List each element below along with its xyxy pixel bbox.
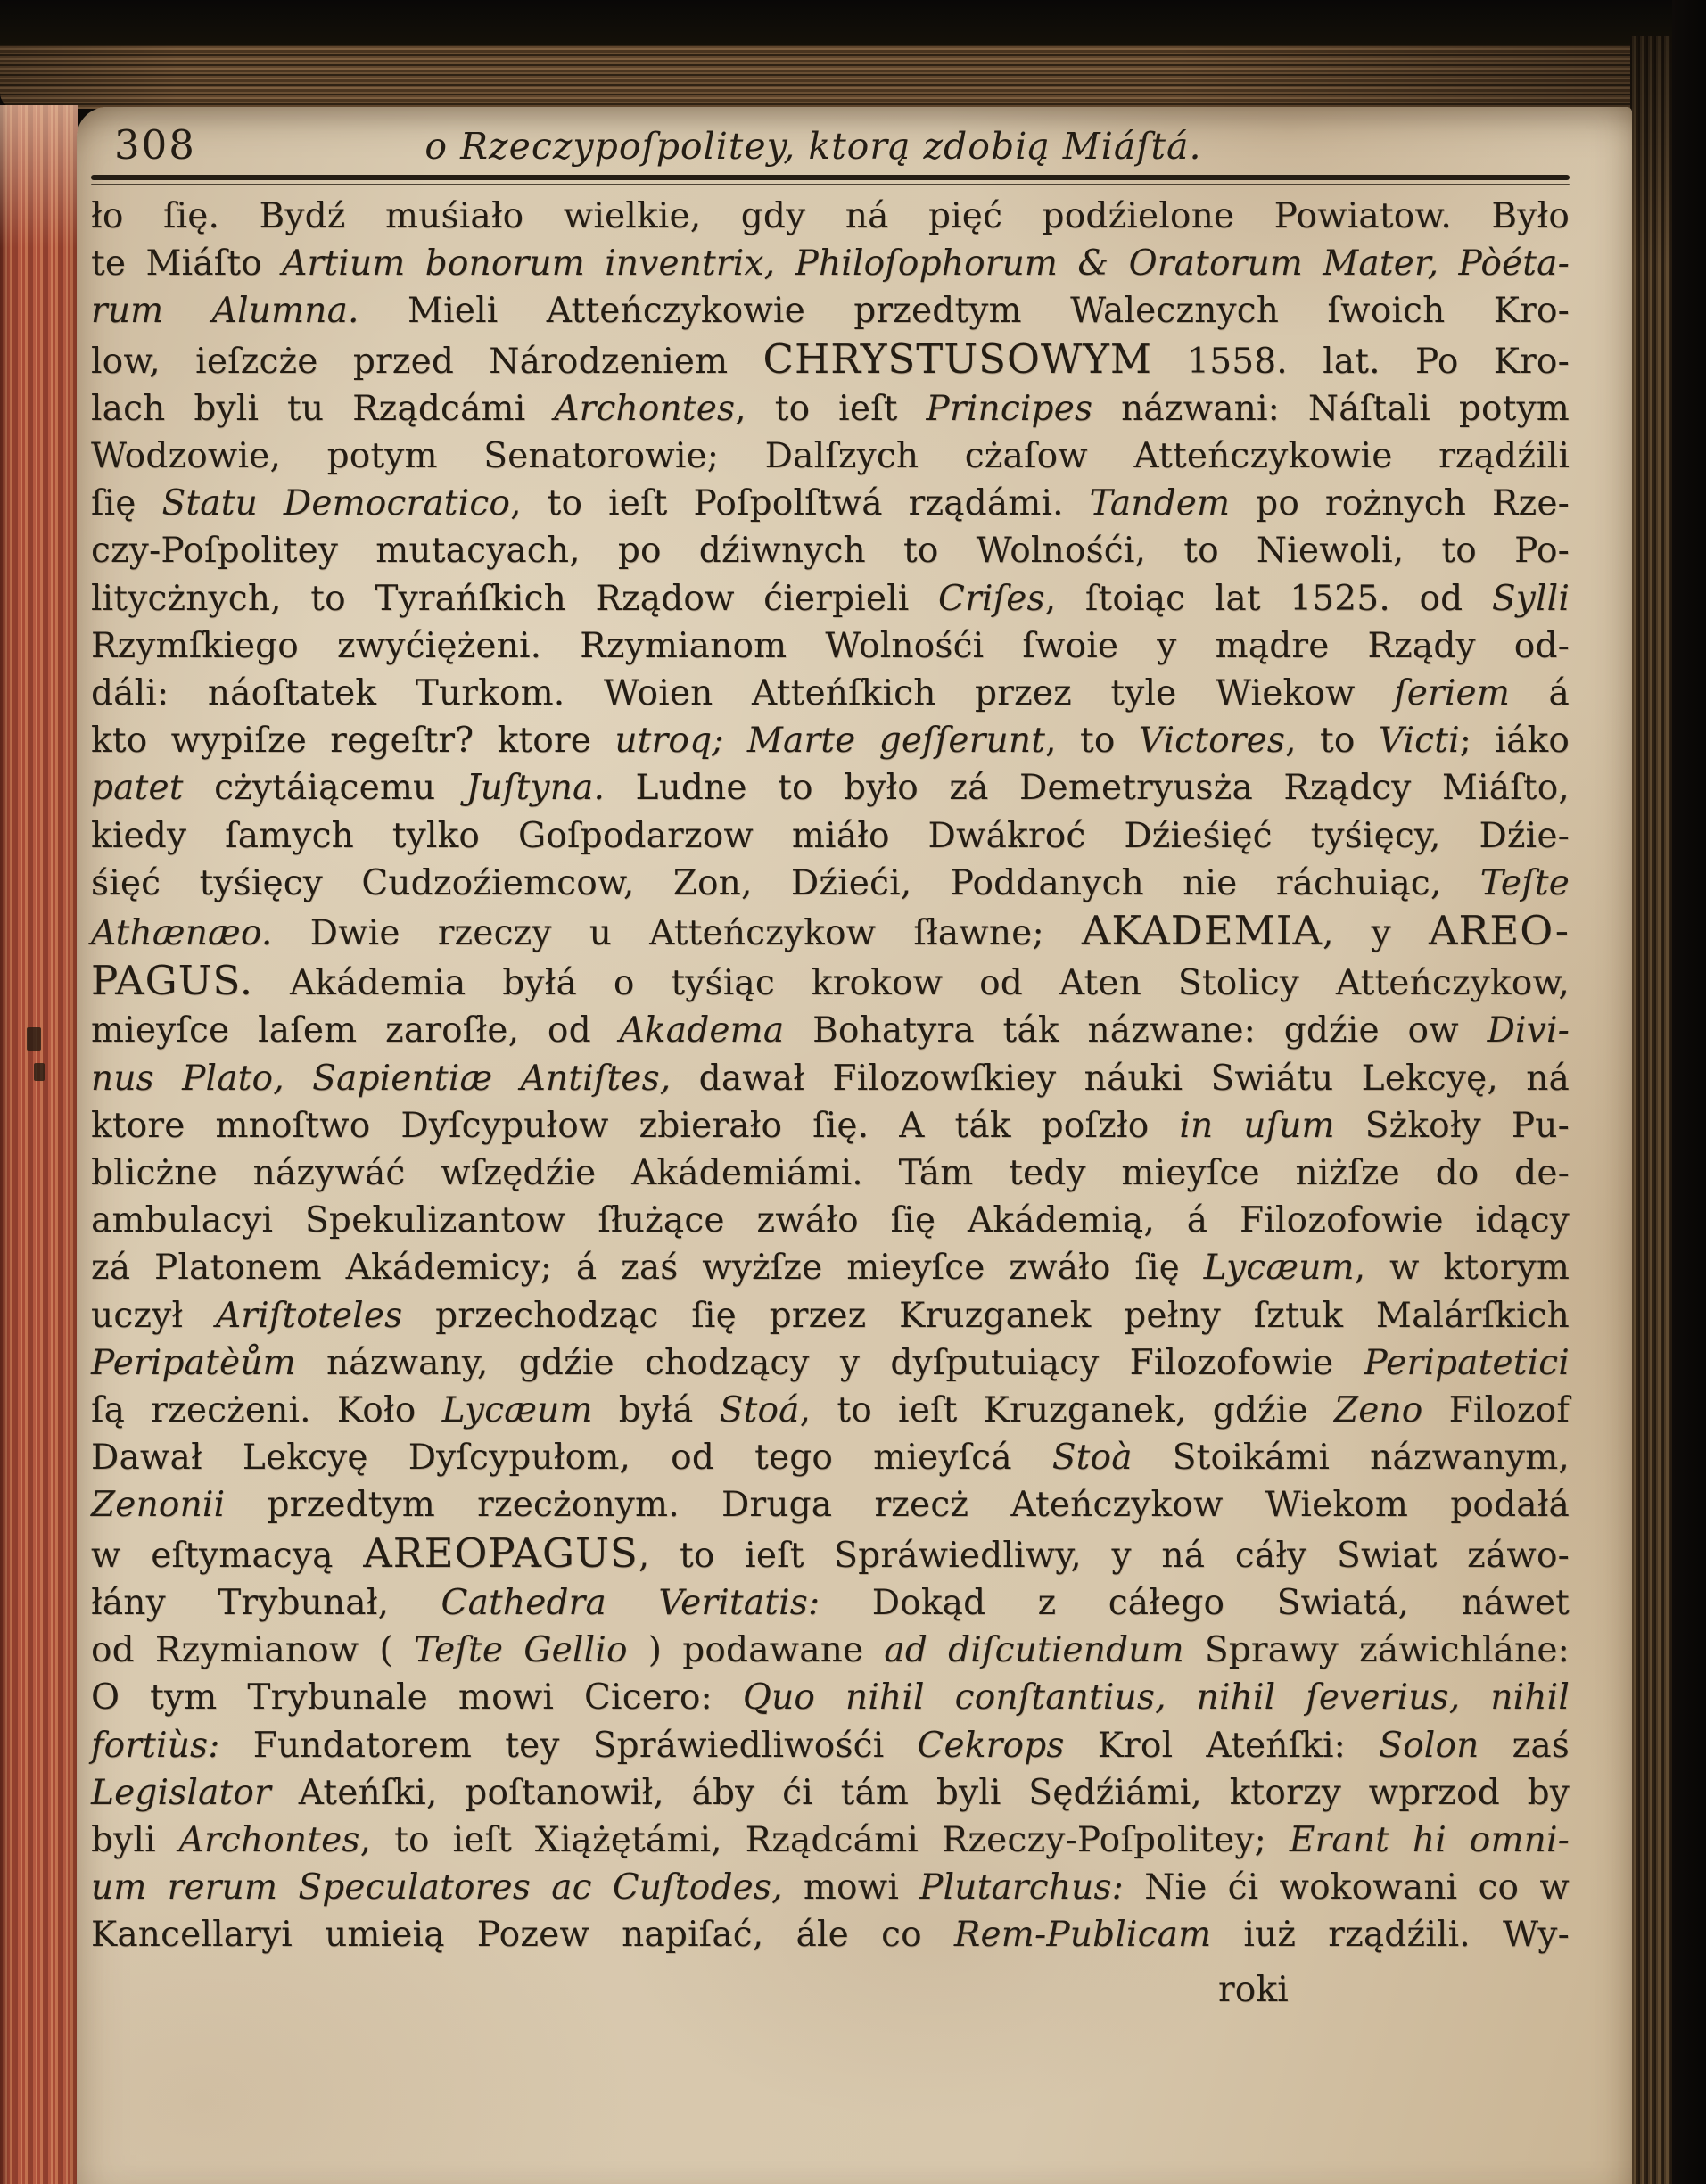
edge-ink-mark bbox=[34, 1063, 45, 1081]
text-segment: Principes bbox=[927, 389, 1093, 429]
text-line: PAGUS. Akádemia byłá o tyśiąc krokow od … bbox=[91, 957, 1570, 1007]
text-line: łány Trybunał, Cathedra Veritatis: Dokąd… bbox=[91, 1579, 1570, 1627]
text-line: Zenonii przedtym rzecżonym. Druga rzecż … bbox=[91, 1481, 1570, 1529]
header-rule-thick bbox=[91, 175, 1570, 180]
text-line: nus Plato, Sapientiæ Antiſtes, dawał Fil… bbox=[91, 1055, 1570, 1102]
text-segment: Filozof bbox=[1422, 1390, 1570, 1430]
text-line: um rerum Speculatores ac Cuſtodes, mowi … bbox=[91, 1864, 1570, 1911]
text-segment: dáli: náoſtatek Turkom. Woien Atteńſkich… bbox=[91, 673, 1394, 713]
text-segment: kiedy ſamych tylko Goſpodarzow miáło Dwá… bbox=[91, 816, 1570, 856]
text-segment: Ludne to było zá Demetryusża Rządcy Miáſ… bbox=[605, 768, 1570, 808]
text-line: uczył Ariſtoteles przechodząc ſię przez … bbox=[91, 1292, 1570, 1339]
text-segment: te Miáſto bbox=[91, 243, 282, 284]
text-segment: Archontes bbox=[554, 389, 735, 429]
text-segment: Teſte bbox=[1480, 863, 1570, 903]
text-segment: Dokąd z cáłego Swiatá, náwet bbox=[820, 1583, 1570, 1623]
text-segment: Nie ći wokowani co w bbox=[1124, 1867, 1570, 1908]
text-segment: Stoà bbox=[1052, 1438, 1133, 1478]
text-line: fortiùs: Fundatorem tey Spráwiedliwośći … bbox=[91, 1722, 1570, 1769]
text-segment: litycżnych, to Tyrańſkich Rządow ćierpie… bbox=[91, 579, 938, 619]
text-line: te Miáſto Artium bonorum inventrix, Phil… bbox=[91, 240, 1570, 287]
text-segment: Statu Democratico bbox=[162, 483, 511, 523]
text-line: w eſtymacyą AREOPAGUS, to ieſt Spráwiedl… bbox=[91, 1529, 1570, 1579]
page-block-top-edge bbox=[0, 45, 1675, 109]
edge-ink-mark bbox=[27, 1027, 41, 1051]
text-segment: Sżkoły Pu- bbox=[1335, 1106, 1570, 1146]
text-segment: Peripatetici bbox=[1364, 1343, 1570, 1383]
text-segment: Quo nihil conſtantius, nihil ſeverius, n… bbox=[743, 1677, 1570, 1718]
text-line: ſą rzecżeni. Koło Lycæum byłá Stoá, to i… bbox=[91, 1387, 1570, 1434]
text-segment: Cathedra Veritatis: bbox=[441, 1583, 820, 1623]
text-segment: Wodzowie, potym Senatorowie; Dalſzych cż… bbox=[91, 436, 1570, 476]
text-line: byli Archontes, to ieſt Xiążętámi, Rządc… bbox=[91, 1817, 1570, 1864]
text-line: Dawał Lekcyę Dyſcypułom, od tego mieyſcá… bbox=[91, 1434, 1570, 1481]
text-segment: Akadema bbox=[620, 1010, 785, 1051]
text-line: Athænæo. Dwie rzeczy u Atteńczykow ſławn… bbox=[91, 907, 1570, 957]
text-segment: á bbox=[1510, 673, 1570, 713]
text-segment: ad diſcutiendum bbox=[884, 1630, 1183, 1670]
text-segment: Cekrops bbox=[918, 1726, 1065, 1766]
text-segment: AREO- bbox=[1429, 907, 1570, 954]
text-segment: , to bbox=[1285, 721, 1379, 761]
text-segment: Stoá bbox=[720, 1390, 800, 1430]
text-segment: low, ieſzcże przed Národzeniem bbox=[91, 342, 763, 382]
text-segment: mieyſce laſem zaroſłe, od bbox=[91, 1010, 620, 1051]
text-segment: ) podawane bbox=[628, 1630, 885, 1670]
text-segment: Zenonii bbox=[91, 1485, 225, 1525]
text-segment: , to ieſt Xiążętámi, Rządcámi Rzeczy-Poſ… bbox=[360, 1820, 1290, 1860]
text-segment: Mieli Atteńczykowie przedtym Walecznych … bbox=[359, 291, 1570, 331]
text-segment: Lycæum bbox=[1204, 1248, 1355, 1288]
text-line: blicżne názywáć wſzędźie Akádemiámi. Tám… bbox=[91, 1150, 1570, 1197]
text-segment: Legislator bbox=[91, 1773, 271, 1813]
text-segment: Victores bbox=[1139, 721, 1285, 761]
text-line: dáli: náoſtatek Turkom. Woien Atteńſkich… bbox=[91, 670, 1570, 717]
text-line: low, ieſzcże przed Národzeniem CHRYSTUSO… bbox=[91, 335, 1570, 385]
text-segment: Lycæum bbox=[442, 1390, 593, 1430]
text-segment: , ſtoiąc lat 1525. od bbox=[1045, 579, 1492, 619]
text-line: mieyſce laſem zaroſłe, od Akadema Bohaty… bbox=[91, 1007, 1570, 1054]
text-segment: Stoikámi názwanym, bbox=[1133, 1438, 1570, 1478]
text-segment: Tandem bbox=[1090, 483, 1231, 523]
text-segment: um rerum Speculatores ac Cuſtodes, bbox=[91, 1867, 783, 1908]
text-segment: Athænæo. bbox=[91, 913, 273, 953]
text-segment: názwany, gdźie chodzący y dyſputuiący Fi… bbox=[296, 1343, 1364, 1383]
text-segment: lach byli tu Rządcámi bbox=[91, 389, 554, 429]
book-page: 308 o Rzeczypoſpolitey, ktorą zdobią Miá… bbox=[77, 107, 1632, 2184]
text-line: Wodzowie, potym Senatorowie; Dalſzych cż… bbox=[91, 433, 1570, 480]
text-line: Rzymſkiego zwyćiężeni. Rzymianom Wolność… bbox=[91, 622, 1570, 670]
text-segment: , to bbox=[1045, 721, 1139, 761]
text-line: śięć tyśięcy Cudzoźiemcow, Zon, Dźieći, … bbox=[91, 860, 1570, 907]
text-line: O tym Trybunale mowi Cicero: Quo nihil c… bbox=[91, 1674, 1570, 1721]
text-segment: AKADEMIA bbox=[1082, 907, 1323, 954]
text-segment: , w ktorym bbox=[1355, 1248, 1570, 1288]
text-line: patet cżytáiącemu Juſtyna. Ludne to było… bbox=[91, 764, 1570, 812]
text-line: ktore mnoſtwo Dyſcypułow zbierało ſię. A… bbox=[91, 1102, 1570, 1150]
text-segment: fortiùs: bbox=[91, 1726, 220, 1766]
running-title: o Rzeczypoſpolitey, ktorą zdobią Miáſtá. bbox=[127, 125, 1500, 168]
text-segment: mowi bbox=[783, 1867, 919, 1908]
text-line: od Rzymianow ( Teſte Gellio ) podawane a… bbox=[91, 1627, 1570, 1674]
text-segment: przechodząc ſię przez Kruzganek pełny ſz… bbox=[402, 1296, 1570, 1336]
text-segment: byłá bbox=[593, 1390, 720, 1430]
text-segment: kto wypiſze regeſtr? ktore bbox=[91, 721, 614, 761]
text-segment: Erant hi omni- bbox=[1290, 1820, 1570, 1860]
text-segment: Rem-Publicam bbox=[954, 1915, 1211, 1955]
text-segment: byli bbox=[91, 1820, 179, 1860]
text-segment: Divi- bbox=[1488, 1010, 1570, 1051]
background-void-right bbox=[1672, 0, 1706, 2184]
text-line: Kancellaryi umieią Pozew napiſać, ále co… bbox=[91, 1911, 1570, 1958]
text-segment: Zeno bbox=[1334, 1390, 1423, 1430]
text-segment: zá Platonem Akádemicy; á zaś wyżſze miey… bbox=[91, 1248, 1204, 1288]
text-segment: Artium bonorum inventrix, Philoſophorum … bbox=[282, 243, 1570, 284]
book-scan-scene: 308 o Rzeczypoſpolitey, ktorą zdobią Miá… bbox=[0, 0, 1706, 2184]
text-segment: Solon bbox=[1379, 1726, 1479, 1766]
text-line: Peripatèům názwany, gdźie chodzący y dyſ… bbox=[91, 1339, 1570, 1387]
text-segment: Peripatèům bbox=[91, 1343, 296, 1383]
header-rule-thin bbox=[91, 184, 1570, 185]
text-segment: , to ieſt Poſpolſtwá rządámi. bbox=[510, 483, 1090, 523]
text-segment: Ariſtoteles bbox=[216, 1296, 402, 1336]
text-segment: ſię bbox=[91, 483, 162, 523]
text-segment: , y bbox=[1323, 913, 1429, 953]
text-segment: zaś bbox=[1479, 1726, 1570, 1766]
text-segment: ſą rzecżeni. Koło bbox=[91, 1390, 442, 1430]
text-line: ambulacyi Spekulizantow ſłużące zwáło ſi… bbox=[91, 1197, 1570, 1244]
text-segment: Victi bbox=[1379, 721, 1460, 761]
text-segment: AREOPAGUS bbox=[363, 1529, 638, 1577]
text-segment: patet bbox=[91, 768, 184, 808]
text-segment: ktore mnoſtwo Dyſcypułow zbierało ſię. A… bbox=[91, 1106, 1179, 1146]
text-line: rum Alumna. Mieli Atteńczykowie przedtym… bbox=[91, 287, 1570, 334]
text-segment: po rożnych Rze- bbox=[1230, 483, 1570, 523]
text-segment: cżytáiącemu bbox=[184, 768, 466, 808]
text-segment: rum Alumna. bbox=[91, 291, 359, 331]
text-segment: czy-Poſpolitey mutacyach, po dźiwnych to… bbox=[91, 531, 1570, 571]
text-line: ſię Statu Democratico, to ieſt Poſpolſtw… bbox=[91, 480, 1570, 527]
text-segment: Rzymſkiego zwyćiężeni. Rzymianom Wolność… bbox=[91, 626, 1570, 666]
page-header: 308 o Rzeczypoſpolitey, ktorą zdobią Miá… bbox=[91, 121, 1570, 169]
text-line: zá Platonem Akádemicy; á zaś wyżſze miey… bbox=[91, 1244, 1570, 1291]
page-block-right-edge bbox=[1630, 36, 1672, 2184]
text-segment: nus Plato, Sapientiæ Antiſtes, bbox=[91, 1059, 671, 1099]
text-segment: od Rzymianow ( bbox=[91, 1630, 414, 1670]
text-segment: názwani: Náſtali potym bbox=[1092, 389, 1570, 429]
text-line: kiedy ſamych tylko Goſpodarzow miáło Dwá… bbox=[91, 812, 1570, 860]
text-segment: dawał Filozowſkiey náuki Swiátu Lekcyę, … bbox=[671, 1059, 1570, 1099]
background-void-top bbox=[0, 0, 1706, 46]
text-segment: Juſtyna. bbox=[466, 768, 605, 808]
text-line: czy-Poſpolitey mutacyach, po dźiwnych to… bbox=[91, 527, 1570, 574]
text-segment: 1558. lat. Po Kro- bbox=[1152, 342, 1570, 382]
text-line: Legislator Ateńſki, poſtanowił, áby ći t… bbox=[91, 1769, 1570, 1817]
text-segment: Teſte Gellio bbox=[414, 1630, 628, 1670]
text-segment: Fundatorem tey Spráwiedliwośći bbox=[220, 1726, 918, 1766]
text-segment: Dwie rzeczy u Atteńczykow ſławne; bbox=[273, 913, 1082, 953]
text-segment: śięć tyśięcy Cudzoźiemcow, Zon, Dźieći, … bbox=[91, 863, 1480, 903]
text-segment: Archontes bbox=[179, 1820, 360, 1860]
text-segment: w eſtymacyą bbox=[91, 1536, 363, 1576]
text-segment: Bohatyra ták názwane: gdźie ow bbox=[784, 1010, 1487, 1051]
body-text-block: ło ſię. Bydź muśiało wielkie, gdy ná pię… bbox=[91, 193, 1570, 1959]
text-segment: , to ieſt Spráwiedliwy, y ná cáły Swiat … bbox=[639, 1536, 1570, 1576]
text-segment: Sylli bbox=[1492, 579, 1570, 619]
text-segment: Kancellaryi umieią Pozew napiſać, ále co bbox=[91, 1915, 954, 1955]
catchword: roki bbox=[91, 1966, 1570, 2014]
text-segment: , to ieſt bbox=[735, 389, 926, 429]
text-segment: uczył bbox=[91, 1296, 216, 1336]
text-segment: ambulacyi Spekulizantow ſłużące zwáło ſi… bbox=[91, 1200, 1570, 1240]
text-segment: ło ſię. Bydź muśiało wielkie, gdy ná pię… bbox=[91, 196, 1570, 236]
text-segment: Dawał Lekcyę Dyſcypułom, od tego mieyſcá bbox=[91, 1438, 1052, 1478]
text-segment: Plutarchus: bbox=[919, 1867, 1124, 1908]
text-line: ło ſię. Bydź muśiało wielkie, gdy ná pię… bbox=[91, 193, 1570, 240]
text-line: litycżnych, to Tyrańſkich Rządow ćierpie… bbox=[91, 575, 1570, 622]
text-segment: przedtym rzecżonym. Druga rzecż Ateńczyk… bbox=[225, 1485, 1570, 1525]
text-segment: in uſum bbox=[1179, 1106, 1334, 1146]
text-segment: Krol Ateńſki: bbox=[1065, 1726, 1380, 1766]
text-segment: Criſes bbox=[938, 579, 1045, 619]
text-segment: iuż rządźili. Wy- bbox=[1211, 1915, 1570, 1955]
red-stained-fore-edge bbox=[0, 105, 78, 2184]
text-segment: ſeriem bbox=[1394, 673, 1510, 713]
text-segment: CHRYSTUSOWYM bbox=[763, 335, 1152, 383]
text-segment: PAGUS. bbox=[91, 957, 253, 1004]
text-segment: łány Trybunał, bbox=[91, 1583, 441, 1623]
text-segment: Ateńſki, poſtanowił, áby ći tám byli Sęd… bbox=[271, 1773, 1570, 1813]
text-line: kto wypiſze regeſtr? ktore utroq; Marte … bbox=[91, 717, 1570, 764]
text-line: lach byli tu Rządcámi Archontes, to ieſt… bbox=[91, 385, 1570, 433]
text-segment: blicżne názywáć wſzędźie Akádemiámi. Tám… bbox=[91, 1153, 1570, 1193]
text-segment: O tym Trybunale mowi Cicero: bbox=[91, 1677, 743, 1718]
text-segment: Akádemia byłá o tyśiąc krokow od Aten St… bbox=[253, 963, 1570, 1003]
text-segment: utroq; Marte geſſerunt bbox=[614, 721, 1045, 761]
text-segment: Sprawy záwichláne: bbox=[1184, 1630, 1570, 1670]
text-segment: , to ieſt Kruzganek, gdźie bbox=[800, 1390, 1334, 1430]
text-segment: ; iáko bbox=[1460, 721, 1570, 761]
